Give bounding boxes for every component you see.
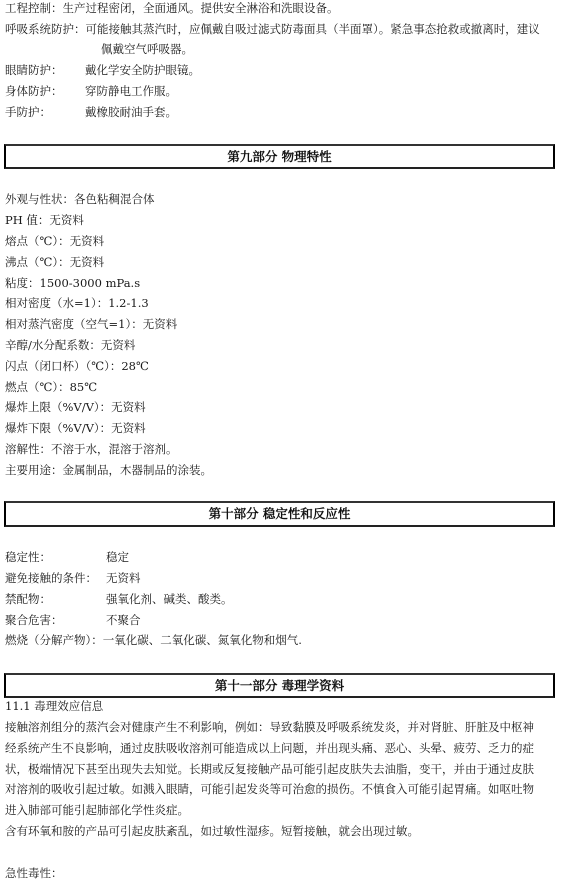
property-flash-point: 闪点（闭口杯）（℃）：28℃ xyxy=(5,358,149,374)
toxicology-paragraph-line: 经系统产生不良影响，通过皮肤吸收溶剂可能造成以上问题，并出现头痛、恶心、头晕、疲… xyxy=(5,740,534,756)
section-10-header: 第十部分 稳定性和反应性 xyxy=(4,501,555,527)
property-ignition-point: 燃点（℃）：85℃ xyxy=(5,379,97,395)
property-melting-point: 熔点（℃）：无资料 xyxy=(5,233,104,249)
body-protection-label: 身体防护： xyxy=(5,84,63,98)
acute-toxicity-label: 急性毒性： xyxy=(5,865,63,881)
combustion-products-label: 燃烧（分解产物）： xyxy=(5,633,103,647)
stability-row: 稳定性： 稳定 xyxy=(5,549,51,565)
toxicology-paragraph-line: 进入肺部可能引起肺部化学性炎症。 xyxy=(5,802,189,818)
stability-label: 稳定性： xyxy=(5,550,51,564)
hand-protection-value: 戴橡胶耐油手套。 xyxy=(85,104,177,120)
property-ph: PH 值：无资料 xyxy=(5,212,84,228)
respiratory-protection-label: 呼吸系统防护： xyxy=(5,22,86,36)
section-9-header: 第九部分 物理特性 xyxy=(4,144,555,169)
combustion-products-row: 燃烧（分解产物）：一氧化碳、二氧化碳、氮氧化物和烟气. xyxy=(5,632,302,648)
polymerization-hazard-value: 不聚合 xyxy=(106,612,141,628)
epoxy-amine-note: 含有环氧和胺的产品可引起皮肤紊乱，如过敏性湿疹。短暂接触，就会出现过敏。 xyxy=(5,823,419,839)
combustion-products-value: 一氧化碳、二氧化碳、氮氧化物和烟气. xyxy=(103,633,302,647)
avoid-conditions-label: 避免接触的条件： xyxy=(5,571,97,585)
engineering-control-row: 工程控制：生产过程密闭，全面通风。提供安全淋浴和洗眼设备。 xyxy=(5,0,339,16)
respiratory-protection-row: 呼吸系统防护：可能接触其蒸汽时，应佩戴自吸过滤式防毒面具（半面罩）。紧急事态抢救… xyxy=(5,21,540,37)
engineering-control-value: 生产过程密闭，全面通风。提供安全淋浴和洗眼设备。 xyxy=(63,1,339,15)
property-relative-density: 相对密度（水=1）：1.2-1.3 xyxy=(5,295,149,311)
property-appearance: 外观与性状：各色粘稠混合体 xyxy=(5,191,155,207)
property-partition-coefficient: 辛醇/水分配系数：无资料 xyxy=(5,337,135,353)
stability-value: 稳定 xyxy=(106,549,129,565)
respiratory-protection-continuation: 佩戴空气呼吸器。 xyxy=(101,41,193,57)
avoid-conditions-value: 无资料 xyxy=(106,570,141,586)
respiratory-protection-value: 可能接触其蒸汽时，应佩戴自吸过滤式防毒面具（半面罩）。紧急事态抢救或撤离时，建议 xyxy=(86,22,540,36)
property-solubility: 溶解性：不溶于水，混溶于溶剂。 xyxy=(5,441,178,457)
avoid-conditions-row: 避免接触的条件： 无资料 xyxy=(5,570,97,586)
body-protection-value: 穿防静电工作服。 xyxy=(85,83,177,99)
polymerization-hazard-row: 聚合危害： 不聚合 xyxy=(5,612,63,628)
hand-protection-row: 手防护： 戴橡胶耐油手套。 xyxy=(5,104,51,120)
property-upper-explosive-limit: 爆炸上限（%V/V）：无资料 xyxy=(5,399,146,415)
property-viscosity: 粘度：1500-3000 mPa.s xyxy=(5,275,140,291)
body-protection-row: 身体防护： 穿防静电工作服。 xyxy=(5,83,63,99)
eye-protection-value: 戴化学安全防护眼镜。 xyxy=(85,62,200,78)
toxicology-paragraph-line: 状，极端情况下甚至出现失去知觉。长期或反复接触产品可能引起皮肤失去油脂，变干，并… xyxy=(5,761,534,777)
eye-protection-row: 眼睛防护： 戴化学安全防护眼镜。 xyxy=(5,62,63,78)
engineering-control-label: 工程控制： xyxy=(5,1,63,15)
eye-protection-label: 眼睛防护： xyxy=(5,63,63,77)
property-lower-explosive-limit: 爆炸下限（%V/V）：无资料 xyxy=(5,420,146,436)
toxicology-paragraph-line: 对溶剂的吸收引起过敏。如溅入眼睛，可能引起发炎等可治愈的损伤。不慎食入可能引起胃… xyxy=(5,781,534,797)
property-vapor-density: 相对蒸汽密度（空气=1）：无资料 xyxy=(5,316,177,332)
toxicology-subheading: 11.1 毒理效应信息 xyxy=(5,698,103,714)
toxicology-paragraph-line: 接触溶剂组分的蒸汽会对健康产生不利影响，例如：导致黏膜及呼吸系统发炎，并对肾脏、… xyxy=(5,719,534,735)
hand-protection-label: 手防护： xyxy=(5,105,51,119)
property-boiling-point: 沸点（℃）：无资料 xyxy=(5,254,104,270)
polymerization-hazard-label: 聚合危害： xyxy=(5,613,63,627)
section-11-header: 第十一部分 毒理学资料 xyxy=(4,673,555,698)
incompatible-materials-label: 禁配物： xyxy=(5,592,51,606)
incompatible-materials-value: 强氧化剂、碱类、酸类。 xyxy=(106,591,233,607)
property-main-use: 主要用途：金属制品，木器制品的涂装。 xyxy=(5,462,212,478)
incompatible-materials-row: 禁配物： 强氧化剂、碱类、酸类。 xyxy=(5,591,51,607)
